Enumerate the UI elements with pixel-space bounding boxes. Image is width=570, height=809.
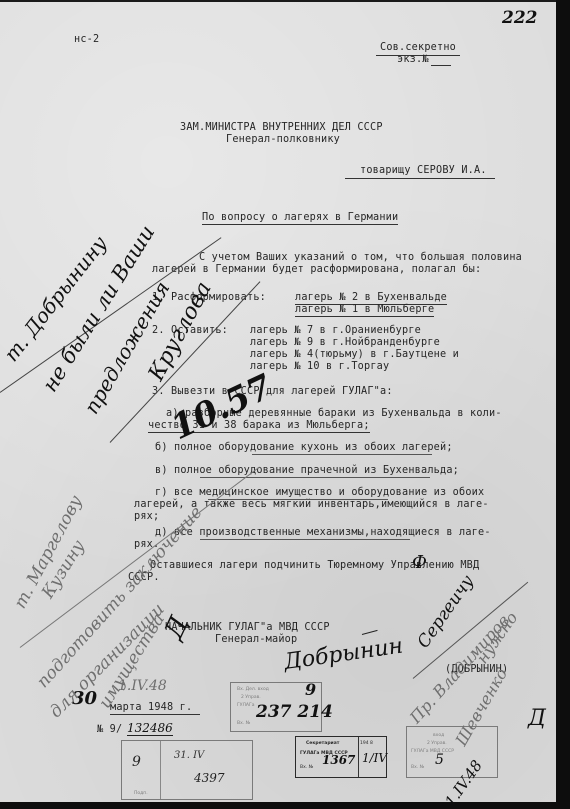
secretariat-stamp-line-3: Вх. №	[300, 765, 313, 771]
registration-stamp-right: вход 2 Управ. ГУЛАГа МВД СССР Вх. № 5	[406, 726, 498, 778]
stamp-center-line-2: 2 Управ.	[241, 695, 261, 701]
item2-line4: лагерь № 10 в г.Торгау	[250, 361, 389, 373]
item3c: в) полное оборудование прачечной из Бухе…	[155, 465, 459, 477]
hw-tyurem-correction: Ф	[412, 552, 427, 573]
copy-label: экз.№	[397, 54, 429, 66]
stamp-center-line-3: ГУЛАГа	[237, 703, 254, 709]
stamp-left-value-1: 9	[132, 759, 141, 765]
item2-line1: лагерь № 7 в г.Ораниенбурге	[250, 325, 421, 337]
item1-line2: лагерь № 1 в Мюльберге	[295, 304, 434, 317]
copy-number-blank	[431, 65, 451, 66]
hw-bottom-center-digit: 9	[305, 680, 316, 699]
hw-dash	[362, 630, 378, 635]
ref-code: нс-2	[74, 34, 99, 46]
hw-signature-dobrynin: Добрынин	[283, 634, 405, 675]
stamp-center-footer: Вх. №	[237, 721, 250, 727]
date-text: марта 1948 г.	[110, 702, 200, 715]
item2-line2: лагерь № 9 в г.Нойбранденбурге	[250, 337, 440, 349]
secretariat-stamp-date: 1/IV	[362, 755, 387, 761]
hw-signature-left: Д	[159, 612, 195, 644]
addressee-line1: ЗАМ.МИНИСТРА ВНУТРЕННИХ ДЕЛ СССР	[180, 122, 383, 134]
stamp-left-value-2: 31. IV	[174, 753, 204, 759]
secretariat-stamp-line-1: Секретариат	[306, 741, 339, 747]
registration-stamp-left: 9 31. IV 4397 Подп.	[121, 740, 253, 800]
stamp-right-number: 5	[435, 757, 444, 763]
signatory-title-2: Генерал-майор	[215, 634, 297, 646]
hw-big-number: 10.57	[165, 367, 278, 448]
stamp-right-line-1: вход	[433, 733, 444, 739]
scan-edge-bottom	[0, 802, 570, 809]
outgoing-number-prefix: № 9/	[97, 724, 122, 736]
addressee-line3: товарищу СЕРОВУ И.А.	[345, 165, 495, 179]
document-page: нс-2 222 Сов.секретно экз.№ ЗАМ.МИНИСТРА…	[0, 2, 556, 802]
item3d-line3: рях;	[134, 511, 159, 523]
intro-line-2: лагерей в Германии будет расформирована,…	[152, 264, 481, 276]
secretariat-stamp: Секретариат ГУЛАГа МВД СССР Вх. № 1367 1…	[295, 736, 387, 778]
hw-right-margin-1: Сергеичу	[414, 572, 479, 652]
addressee-line2: Генерал-полковнику	[226, 134, 340, 146]
hw-right-initial: Д	[528, 706, 546, 731]
intro-line-1: С учетом Ваших указаний о том, что больш…	[199, 252, 522, 264]
item2-line3: лагерь № 4(тюрьму) в г.Баутцене и	[250, 349, 459, 361]
stamp-left-footer: Подп.	[134, 791, 148, 797]
closing-line1: Оставшиеся лагери подчинить Тюремному Уп…	[150, 560, 479, 572]
scan-edge-right	[556, 0, 570, 809]
hw-bottom-center-number: 237 214	[256, 702, 333, 722]
secretariat-stamp-year: 194 8	[360, 741, 373, 747]
stamp-center-line-1: Вх. Дел. вход	[237, 687, 269, 693]
item3d-line1: г) все медицинское имущество и оборудова…	[155, 487, 484, 499]
stamp-left-value-3: 4397	[194, 775, 225, 781]
outgoing-number: 132486	[127, 721, 173, 736]
item3b: б) полное оборудование кухонь из обоих л…	[155, 442, 453, 454]
archive-page-number: 222	[502, 8, 538, 28]
item3e-line1: д) все производственные механизмы,находя…	[155, 527, 491, 539]
stamp-right-line-3: ГУЛАГа МВД СССР	[411, 749, 454, 755]
secretariat-stamp-number: 1367	[322, 757, 355, 763]
stamp-right-line-2: 2 Управ.	[427, 741, 447, 747]
subject-title: По вопросу о лагерях в Германии	[202, 212, 398, 225]
stamp-right-footer: Вх. №	[411, 765, 424, 771]
